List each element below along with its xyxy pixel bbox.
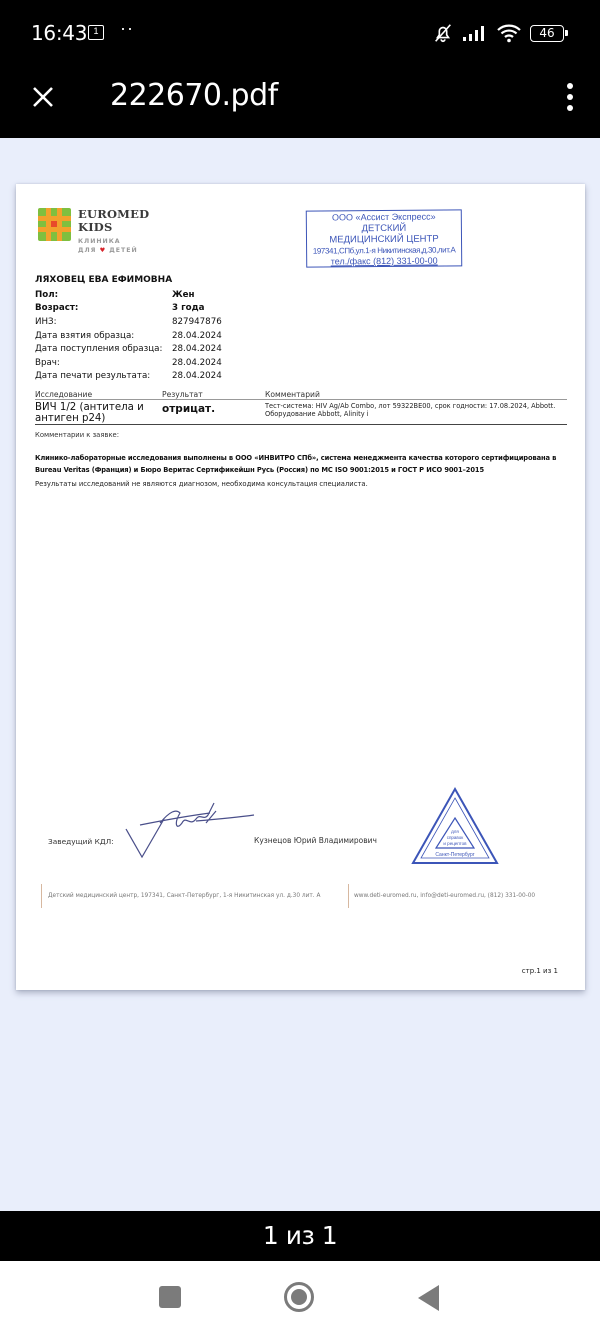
more-options-button[interactable]	[562, 80, 578, 114]
more-notifications-icon: ··	[120, 18, 134, 39]
footer-address: Детский медицинский центр, 197341, Санкт…	[41, 884, 320, 908]
patient-name: ЛЯХОВЕЦ ЕВА ЕФИМОВНА	[35, 275, 172, 285]
test-result: отрицат.	[162, 402, 265, 424]
patient-info: Пол: Жен Возраст: 3 года ИНЗ: 827947876 …	[35, 288, 222, 383]
more-vert-icon-dot	[567, 94, 573, 100]
clinic-stamp: ООО «Ассист Экспресс» ДЕТСКИЙ МЕДИЦИНСКИ…	[306, 209, 462, 267]
info-row-print-date: Дата печати результата: 28.04.2024	[35, 370, 222, 384]
request-comments-label: Комментарии к заявке:	[35, 431, 119, 439]
status-icons: 46	[432, 22, 564, 44]
signal-icon	[462, 24, 488, 42]
signature-image	[120, 801, 260, 866]
close-icon	[31, 85, 55, 109]
info-row-sex: Пол: Жен	[35, 288, 222, 302]
logo-tagline: КЛИНИКА ДЛЯ ♥ ДЕТЕЙ	[78, 237, 138, 255]
triangle-seal-image: для справок и рецептов Санкт-Петербург	[410, 786, 500, 866]
close-button[interactable]	[26, 80, 60, 114]
svg-text:Санкт-Петербург: Санкт-Петербург	[435, 852, 474, 858]
recent-apps-icon[interactable]	[159, 1286, 181, 1308]
page-number: стр.1 из 1	[522, 967, 558, 975]
svg-text:и рецептов: и рецептов	[443, 841, 467, 846]
table-row: ВИЧ 1/2 (антитела и антиген р24) отрицат…	[35, 400, 567, 425]
logo-name: EUROMED KIDS	[78, 208, 149, 234]
info-row-inz: ИНЗ: 827947876	[35, 315, 222, 329]
footer-contacts: www.deti-euromed.ru, info@deti-euromed.r…	[348, 884, 535, 908]
page-indicator: 1 из 1	[0, 1211, 600, 1261]
calendar-notification-icon: 1	[88, 25, 104, 40]
battery-icon: 46	[530, 25, 564, 42]
clinic-logo: EUROMED KIDS КЛИНИКА ДЛЯ ♥ ДЕТЕЙ	[38, 208, 158, 254]
head-lab-label: Заведущий КДЛ:	[48, 837, 114, 846]
back-icon[interactable]	[418, 1285, 439, 1311]
logo-plaid-icon	[38, 208, 71, 241]
more-vert-icon-dot	[567, 83, 573, 89]
head-lab-name: Кузнецов Юрий Владимирович	[254, 836, 377, 845]
results-header: Исследование Результат Комментарий	[35, 389, 567, 400]
svg-text:справок: справок	[447, 835, 464, 840]
test-comment: Тест-система: HIV Ag/Ab Combo, лот 59322…	[265, 402, 567, 424]
info-row-receipt-date: Дата поступления образца: 28.04.2024	[35, 342, 222, 356]
heart-icon: ♥	[100, 247, 107, 254]
test-name: ВИЧ 1/2 (антитела и антиген р24)	[35, 402, 162, 424]
wifi-icon	[496, 23, 522, 43]
more-vert-icon-dot	[567, 105, 573, 111]
certification-note: Клинико-лабораторные исследования выполн…	[35, 452, 570, 476]
mute-bell-icon	[432, 22, 454, 44]
svg-text:для: для	[451, 829, 459, 834]
pdf-viewer[interactable]: EUROMED KIDS КЛИНИКА ДЛЯ ♥ ДЕТЕЙ ООО «Ас…	[0, 138, 600, 1211]
file-title: 222670.pdf	[110, 78, 278, 113]
app-bar: 222670.pdf	[0, 66, 600, 138]
info-row-age: Возраст: 3 года	[35, 302, 222, 316]
pdf-page[interactable]: EUROMED KIDS КЛИНИКА ДЛЯ ♥ ДЕТЕЙ ООО «Ас…	[16, 184, 585, 990]
status-bar: 16:43 1 ·· 46	[0, 0, 600, 66]
home-icon[interactable]	[284, 1282, 314, 1312]
system-nav-bar	[0, 1261, 600, 1332]
status-time: 16:43	[31, 21, 87, 45]
results-table: Исследование Результат Комментарий ВИЧ 1…	[35, 389, 567, 425]
info-row-sample-date: Дата взятия образца: 28.04.2024	[35, 329, 222, 343]
disclaimer: Результаты исследований не являются диаг…	[35, 480, 368, 488]
info-row-doctor: Врач: 28.04.2024	[35, 356, 222, 370]
